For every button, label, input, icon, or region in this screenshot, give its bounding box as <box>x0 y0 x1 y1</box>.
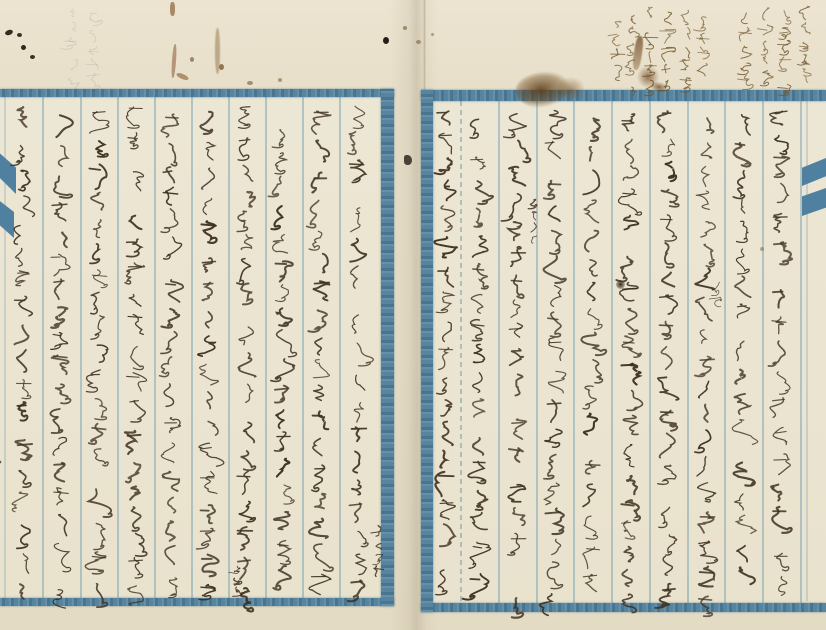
left-page-text-column <box>191 100 227 596</box>
right-page-text-column <box>428 104 464 604</box>
stroke <box>90 31 96 43</box>
small-character-note <box>228 562 246 592</box>
stroke <box>91 58 98 68</box>
left-page-text-column <box>228 100 264 596</box>
right-page-text-column <box>461 104 497 604</box>
right-page-text-column <box>499 104 535 604</box>
left-page-text-column <box>117 100 153 596</box>
stroke <box>89 47 96 55</box>
margin-note-column <box>797 2 815 82</box>
margin-note-column <box>694 12 712 86</box>
inserted-character-note <box>710 278 726 302</box>
stroke <box>61 38 77 50</box>
stroke <box>71 60 78 70</box>
margin-note-column <box>608 16 626 76</box>
left-page-text-column <box>42 100 78 596</box>
right-page-text-column <box>612 104 648 604</box>
interlinear-note <box>524 196 544 244</box>
section-marker-note <box>370 522 388 570</box>
manuscript-scan <box>0 0 826 630</box>
right-page-text-column <box>725 104 761 604</box>
right-page-text-column <box>536 104 572 604</box>
stroke <box>73 22 76 31</box>
stroke <box>89 51 99 52</box>
stroke <box>68 78 79 89</box>
margin-note-column <box>777 6 795 92</box>
margin-note-column <box>659 8 677 92</box>
margin-note-column <box>737 0 755 92</box>
stroke <box>70 9 74 16</box>
stroke <box>90 13 103 26</box>
margin-note-column <box>641 2 659 92</box>
right-page-text-column <box>650 104 686 604</box>
left-page-text-column <box>154 100 190 596</box>
right-page-text-column <box>763 104 799 604</box>
left-page-text-column <box>80 100 116 596</box>
left-page-text-column <box>5 100 41 596</box>
left-page-text-column <box>302 100 338 596</box>
left-page-text-column <box>265 100 301 596</box>
right-page-text-column <box>688 104 724 604</box>
stroke <box>87 75 100 76</box>
margin-note-column <box>677 6 695 90</box>
right-page-text-column <box>574 104 610 604</box>
margin-note-column <box>757 4 775 90</box>
stroke <box>86 64 98 65</box>
